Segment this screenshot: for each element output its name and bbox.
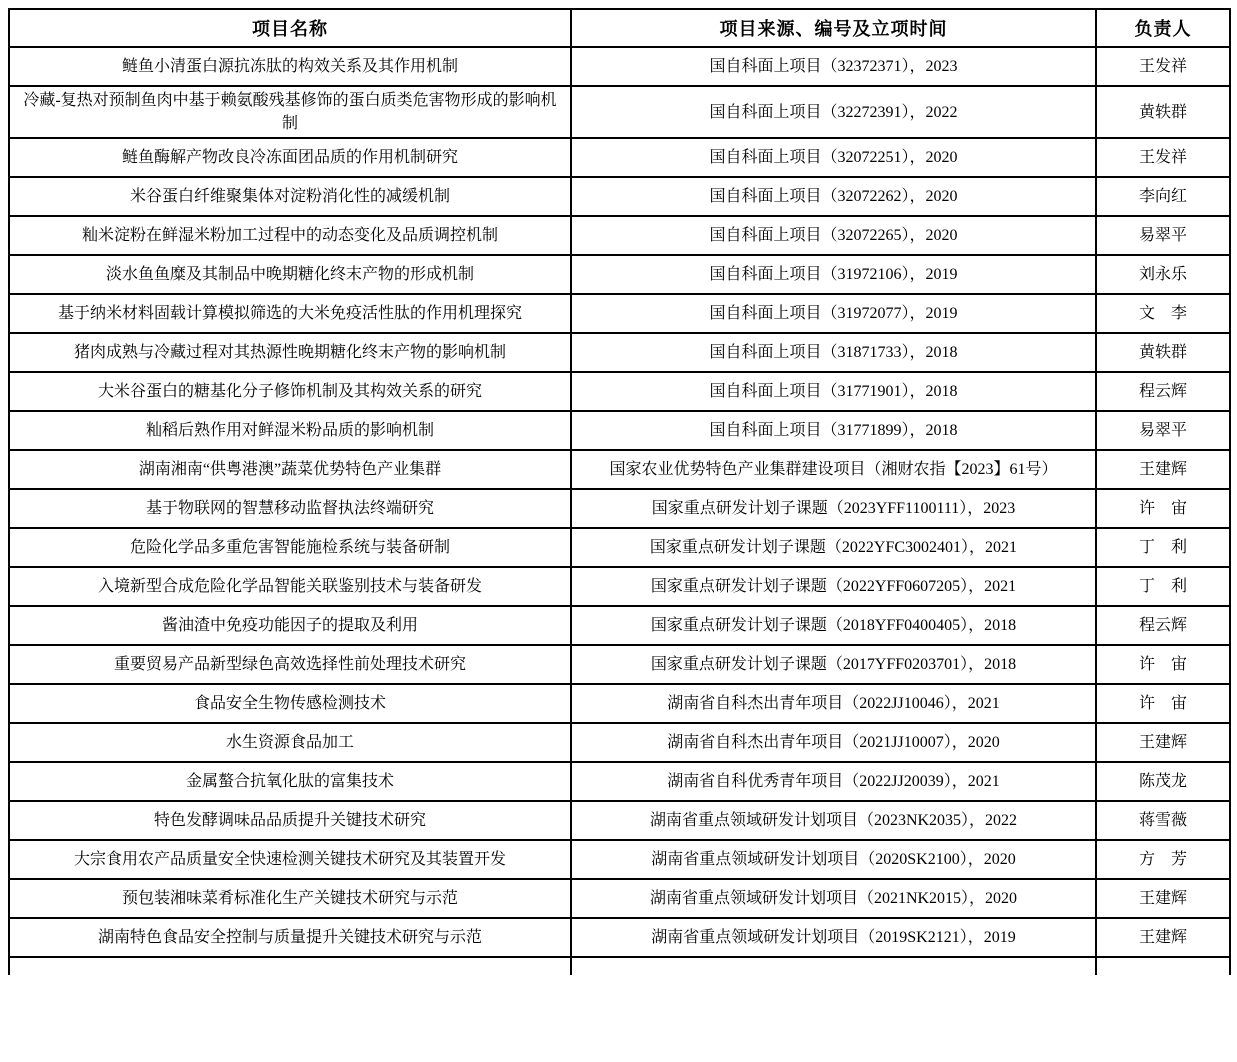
project-source-cell: 湖南省重点领域研发计划项目（2021NK2015），2020 — [571, 879, 1096, 918]
project-name-cell: 基于物联网的智慧移动监督执法终端研究 — [9, 489, 571, 528]
project-name-cell: 籼稻后熟作用对鲜湿米粉品质的影响机制 — [9, 411, 571, 450]
project-name-cell: 特色发酵调味品品质提升关键技术研究 — [9, 801, 571, 840]
project-name-cell: 水生资源食品加工 — [9, 723, 571, 762]
project-source-cell: 湖南省自科优秀青年项目（2022JJ20039），2021 — [571, 762, 1096, 801]
project-name-cell: 预包装湘味菜肴标准化生产关键技术研究与示范 — [9, 879, 571, 918]
table-row: 预包装湘味菜肴标准化生产关键技术研究与示范 湖南省重点领域研发计划项目（2021… — [9, 879, 1230, 918]
leader-cell: 程云辉 — [1096, 606, 1230, 645]
projects-table-header: 项目名称 项目来源、编号及立项时间 负责人 — [9, 9, 1230, 47]
projects-table-body: 鲢鱼小清蛋白源抗冻肽的构效关系及其作用机制 国自科面上项目（32372371），… — [9, 47, 1230, 975]
project-name-cell: 金属螯合抗氧化肽的富集技术 — [9, 762, 571, 801]
project-source-cell: 国自科面上项目（31871733），2018 — [571, 333, 1096, 372]
table-row: 湖南特色食品安全控制与质量提升关键技术研究与示范 湖南省重点领域研发计划项目（2… — [9, 918, 1230, 957]
leader-cell: 蒋雪薇 — [1096, 801, 1230, 840]
leader-cell: 丁 利 — [1096, 528, 1230, 567]
project-source-cell: 国自科面上项目（32372371），2023 — [571, 47, 1096, 86]
project-name-cell: 湖南特色食品安全控制与质量提升关键技术研究与示范 — [9, 918, 571, 957]
table-row: 冷藏-复热对预制鱼肉中基于赖氨酸残基修饰的蛋白质类危害物形成的影响机制 国自科面… — [9, 86, 1230, 138]
leader-cell — [1096, 957, 1230, 975]
leader-cell: 易翠平 — [1096, 411, 1230, 450]
project-name-cell: 大米谷蛋白的糖基化分子修饰机制及其构效关系的研究 — [9, 372, 571, 411]
project-name-cell: 酱油渣中免疫功能因子的提取及利用 — [9, 606, 571, 645]
projects-table: 项目名称 项目来源、编号及立项时间 负责人 鲢鱼小清蛋白源抗冻肽的构效关系及其作… — [8, 8, 1231, 975]
leader-cell: 文 李 — [1096, 294, 1230, 333]
table-row: 金属螯合抗氧化肽的富集技术 湖南省自科优秀青年项目（2022JJ20039），2… — [9, 762, 1230, 801]
project-name-cell: 米谷蛋白纤维聚集体对淀粉消化性的减缓机制 — [9, 177, 571, 216]
project-source-cell: 湖南省重点领域研发计划项目（2020SK2100），2020 — [571, 840, 1096, 879]
project-name-cell: 重要贸易产品新型绿色高效选择性前处理技术研究 — [9, 645, 571, 684]
project-name-cell: 基于纳米材料固载计算模拟筛选的大米免疫活性肽的作用机理探究 — [9, 294, 571, 333]
project-name-cell: 入境新型合成危险化学品智能关联鉴别技术与装备研发 — [9, 567, 571, 606]
project-source-cell: 国自科面上项目（32072251），2020 — [571, 138, 1096, 177]
project-source-cell: 国自科面上项目（31972077），2019 — [571, 294, 1096, 333]
leader-cell: 王建辉 — [1096, 879, 1230, 918]
column-header-project-source: 项目来源、编号及立项时间 — [571, 9, 1096, 47]
leader-cell: 许 宙 — [1096, 645, 1230, 684]
project-name-cell: 鲢鱼酶解产物改良冷冻面团品质的作用机制研究 — [9, 138, 571, 177]
leader-cell: 易翠平 — [1096, 216, 1230, 255]
leader-cell: 黄轶群 — [1096, 333, 1230, 372]
project-name-cell: 湖南湘南“供粤港澳”蔬菜优势特色产业集群 — [9, 450, 571, 489]
project-name-cell: 食品安全生物传感检测技术 — [9, 684, 571, 723]
project-source-cell: 湖南省重点领域研发计划项目（2023NK2035），2022 — [571, 801, 1096, 840]
column-header-leader: 负责人 — [1096, 9, 1230, 47]
leader-cell: 方 芳 — [1096, 840, 1230, 879]
table-row: 水生资源食品加工 湖南省自科杰出青年项目（2021JJ10007），2020 王… — [9, 723, 1230, 762]
project-source-cell: 国自科面上项目（32272391），2022 — [571, 86, 1096, 138]
table-row: 入境新型合成危险化学品智能关联鉴别技术与装备研发 国家重点研发计划子课题（202… — [9, 567, 1230, 606]
table-row: 籼稻后熟作用对鲜湿米粉品质的影响机制 国自科面上项目（31771899），201… — [9, 411, 1230, 450]
leader-cell: 许 宙 — [1096, 684, 1230, 723]
table-row: 湖南湘南“供粤港澳”蔬菜优势特色产业集群 国家农业优势特色产业集群建设项目（湘财… — [9, 450, 1230, 489]
table-row: 鲢鱼小清蛋白源抗冻肽的构效关系及其作用机制 国自科面上项目（32372371），… — [9, 47, 1230, 86]
table-row: 危险化学品多重危害智能施检系统与装备研制 国家重点研发计划子课题（2022YFC… — [9, 528, 1230, 567]
project-name-cell: 籼米淀粉在鲜湿米粉加工过程中的动态变化及品质调控机制 — [9, 216, 571, 255]
leader-cell: 黄轶群 — [1096, 86, 1230, 138]
table-row: 重要贸易产品新型绿色高效选择性前处理技术研究 国家重点研发计划子课题（2017Y… — [9, 645, 1230, 684]
table-row: 淡水鱼鱼糜及其制品中晚期糖化终末产物的形成机制 国自科面上项目（31972106… — [9, 255, 1230, 294]
table-row: 基于纳米材料固载计算模拟筛选的大米免疫活性肽的作用机理探究 国自科面上项目（31… — [9, 294, 1230, 333]
project-source-cell: 湖南省自科杰出青年项目（2022JJ10046），2021 — [571, 684, 1096, 723]
leader-cell: 王建辉 — [1096, 918, 1230, 957]
project-source-cell — [571, 957, 1096, 975]
leader-cell: 王发祥 — [1096, 138, 1230, 177]
leader-cell: 程云辉 — [1096, 372, 1230, 411]
project-name-cell: 淡水鱼鱼糜及其制品中晚期糖化终末产物的形成机制 — [9, 255, 571, 294]
project-source-cell: 国家重点研发计划子课题（2017YFF0203701），2018 — [571, 645, 1096, 684]
leader-cell: 许 宙 — [1096, 489, 1230, 528]
project-source-cell: 国自科面上项目（32072265），2020 — [571, 216, 1096, 255]
project-name-cell: 危险化学品多重危害智能施检系统与装备研制 — [9, 528, 571, 567]
table-row: 猪肉成熟与冷藏过程对其热源性晚期糖化终末产物的影响机制 国自科面上项目（3187… — [9, 333, 1230, 372]
leader-cell: 刘永乐 — [1096, 255, 1230, 294]
table-row: 特色发酵调味品品质提升关键技术研究 湖南省重点领域研发计划项目（2023NK20… — [9, 801, 1230, 840]
project-source-cell: 国家重点研发计划子课题（2022YFC3002401），2021 — [571, 528, 1096, 567]
header-row: 项目名称 项目来源、编号及立项时间 负责人 — [9, 9, 1230, 47]
project-name-cell: 大宗食用农产品质量安全快速检测关键技术研究及其装置开发 — [9, 840, 571, 879]
table-row: 籼米淀粉在鲜湿米粉加工过程中的动态变化及品质调控机制 国自科面上项目（32072… — [9, 216, 1230, 255]
project-source-cell: 国家农业优势特色产业集群建设项目（湘财农指【2023】61号） — [571, 450, 1096, 489]
project-source-cell: 国自科面上项目（32072262），2020 — [571, 177, 1096, 216]
document-page: 项目名称 项目来源、编号及立项时间 负责人 鲢鱼小清蛋白源抗冻肽的构效关系及其作… — [0, 0, 1237, 983]
table-row: 大宗食用农产品质量安全快速检测关键技术研究及其装置开发 湖南省重点领域研发计划项… — [9, 840, 1230, 879]
project-name-cell: 鲢鱼小清蛋白源抗冻肽的构效关系及其作用机制 — [9, 47, 571, 86]
table-row: 鲢鱼酶解产物改良冷冻面团品质的作用机制研究 国自科面上项目（32072251），… — [9, 138, 1230, 177]
project-name-cell: 猪肉成熟与冷藏过程对其热源性晚期糖化终末产物的影响机制 — [9, 333, 571, 372]
project-source-cell: 国自科面上项目（31771899），2018 — [571, 411, 1096, 450]
project-name-cell: 冷藏-复热对预制鱼肉中基于赖氨酸残基修饰的蛋白质类危害物形成的影响机制 — [9, 86, 571, 138]
project-source-cell: 湖南省重点领域研发计划项目（2019SK2121），2019 — [571, 918, 1096, 957]
leader-cell: 丁 利 — [1096, 567, 1230, 606]
table-row: 大米谷蛋白的糖基化分子修饰机制及其构效关系的研究 国自科面上项目（3177190… — [9, 372, 1230, 411]
project-source-cell: 湖南省自科杰出青年项目（2021JJ10007），2020 — [571, 723, 1096, 762]
leader-cell: 王发祥 — [1096, 47, 1230, 86]
table-row-partial — [9, 957, 1230, 975]
leader-cell: 李向红 — [1096, 177, 1230, 216]
project-source-cell: 国自科面上项目（31771901），2018 — [571, 372, 1096, 411]
project-source-cell: 国家重点研发计划子课题（2023YFF1100111），2023 — [571, 489, 1096, 528]
table-row: 食品安全生物传感检测技术 湖南省自科杰出青年项目（2022JJ10046），20… — [9, 684, 1230, 723]
column-header-project-name: 项目名称 — [9, 9, 571, 47]
table-row: 米谷蛋白纤维聚集体对淀粉消化性的减缓机制 国自科面上项目（32072262），2… — [9, 177, 1230, 216]
leader-cell: 王建辉 — [1096, 450, 1230, 489]
leader-cell: 王建辉 — [1096, 723, 1230, 762]
project-source-cell: 国家重点研发计划子课题（2018YFF0400405），2018 — [571, 606, 1096, 645]
table-row: 酱油渣中免疫功能因子的提取及利用 国家重点研发计划子课题（2018YFF0400… — [9, 606, 1230, 645]
table-row: 基于物联网的智慧移动监督执法终端研究 国家重点研发计划子课题（2023YFF11… — [9, 489, 1230, 528]
project-name-cell — [9, 957, 571, 975]
project-source-cell: 国自科面上项目（31972106），2019 — [571, 255, 1096, 294]
project-source-cell: 国家重点研发计划子课题（2022YFF0607205），2021 — [571, 567, 1096, 606]
leader-cell: 陈茂龙 — [1096, 762, 1230, 801]
